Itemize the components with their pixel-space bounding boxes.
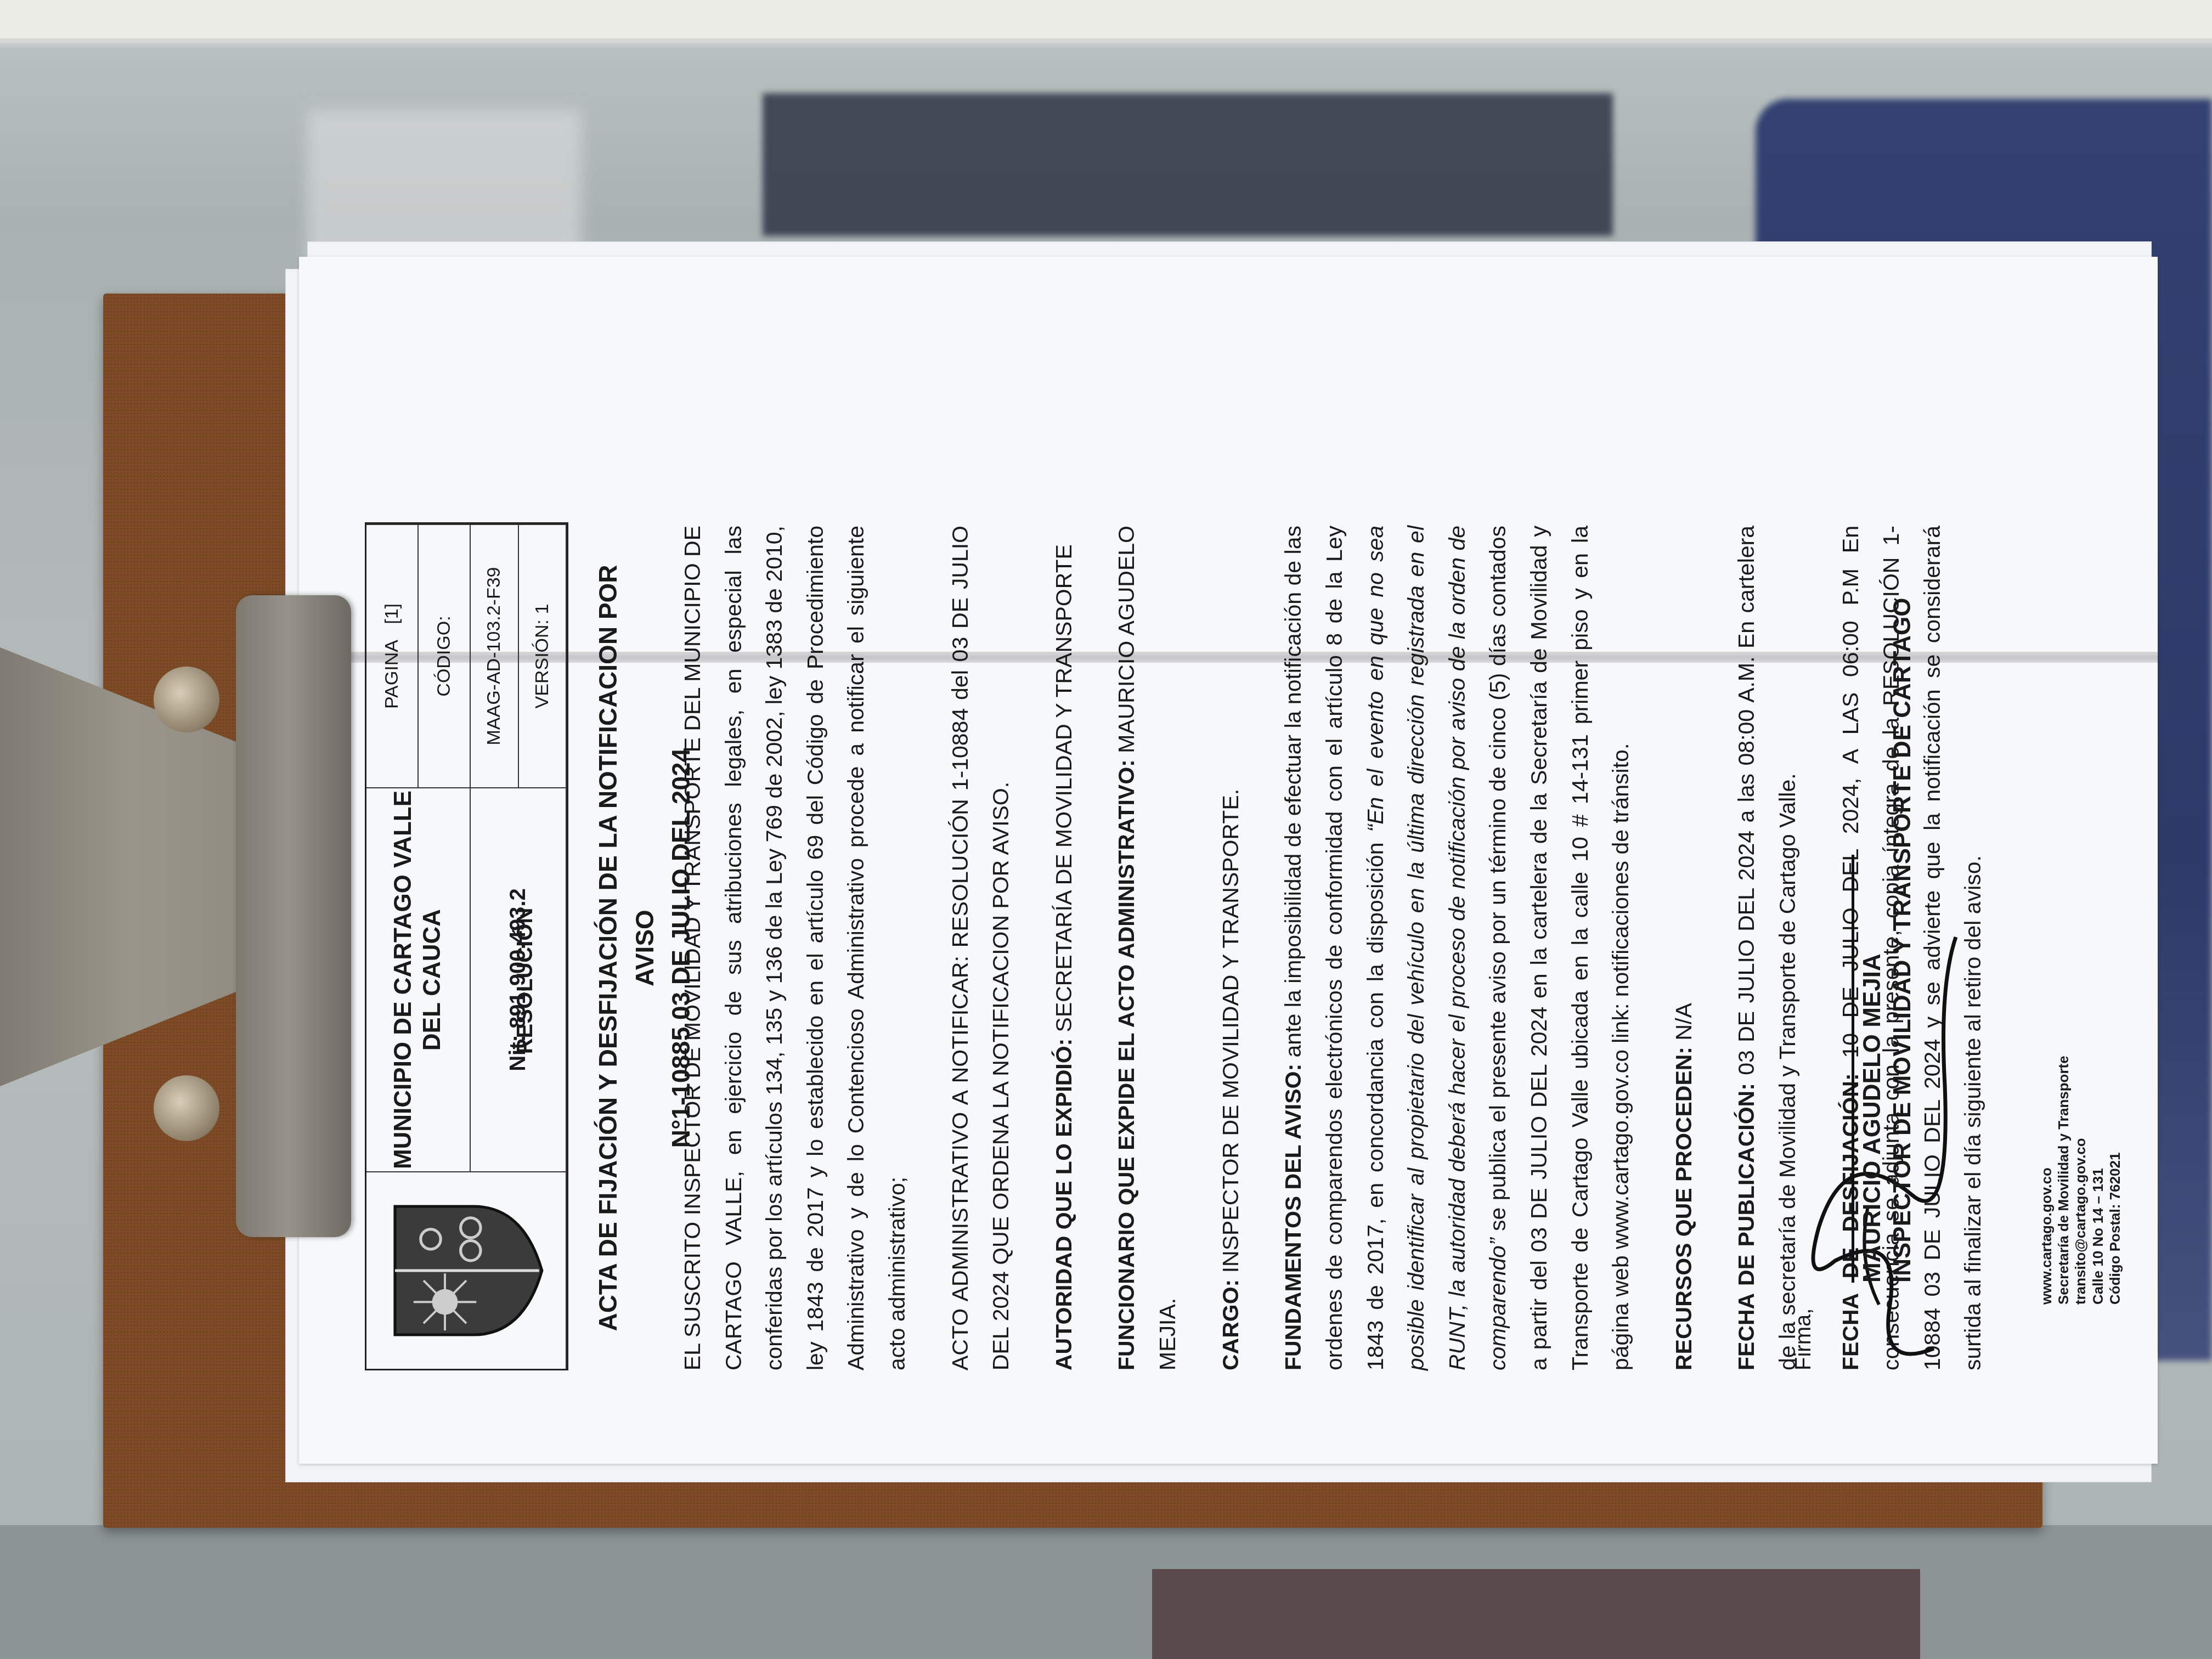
footer-email: transito@cartago.gov.co xyxy=(2072,1056,2089,1305)
footer-address: Calle 10 No 14 – 131 xyxy=(2090,1056,2107,1305)
footer-department: Secretaría de Movilidad y Transporte xyxy=(2055,1056,2072,1305)
recursos-value: N/A xyxy=(1671,1003,1696,1047)
cargo-value: INSPECTOR DE MOVILIDAD Y TRANSPORTE. xyxy=(1218,789,1243,1279)
document-header-table: MUNICIPIO DE CARTAGO VALLE DEL CAUCA PAG… xyxy=(365,522,568,1370)
municipality-name: MUNICIPIO DE CARTAGO VALLE DEL CAUCA xyxy=(389,788,447,1171)
code-value: MAAG-AD-103.2-F39 xyxy=(483,567,505,746)
code-label-cell: CÓDIGO: xyxy=(419,525,470,787)
acto-paragraph: ACTO ADMINISTRATIVO A NOTIFICAR: RESOLUC… xyxy=(940,526,1022,1370)
footer-postal-code: Código Postal: 762021 xyxy=(2107,1056,2124,1305)
page-indicator: PAGINA [1] xyxy=(366,525,419,787)
version-value: VERSIÓN: 1 xyxy=(532,604,553,709)
cargo-paragraph: CARGO: INSPECTOR DE MOVILIDAD Y TRANSPOR… xyxy=(1210,526,1251,1370)
clipboard-clip xyxy=(0,0,1,1)
signature-block: Firma, MAURICIO AGUDELO MEJIA INSPECTOR … xyxy=(1769,526,2000,1370)
funcionario-label: FUNCIONARIO QUE EXPIDE EL ACTO ADMINISTR… xyxy=(1114,759,1139,1370)
code-label: CÓDIGO: xyxy=(433,616,455,696)
recursos-label: RECURSOS QUE PROCEDEN: xyxy=(1671,1047,1696,1370)
glass-frame-top xyxy=(0,0,2212,43)
signature-line xyxy=(1852,855,1854,1283)
code-version-cell: MAAG-AD-103.2-F39 VERSIÓN: 1 xyxy=(471,524,567,787)
clip-rivet-icon xyxy=(154,667,219,732)
signer-info: MAURICIO AGUDELO MEJIA INSPECTOR DE MOVI… xyxy=(1857,598,1917,1283)
cargo-label: CARGO: xyxy=(1218,1279,1243,1370)
page-number: [1] xyxy=(381,603,403,624)
autoridad-paragraph: AUTORIDAD QUE LO EXPIDIÓ: SECRETARÍA DE … xyxy=(1043,526,1085,1370)
fundamentos-label: FUNDAMENTOS DEL AVISO: xyxy=(1280,1064,1306,1370)
code-value-cell: MAAG-AD-103.2-F39 xyxy=(471,525,519,787)
background-object xyxy=(1152,1569,1920,1659)
document-page: MUNICIPIO DE CARTAGO VALLE DEL CAUCA PAG… xyxy=(299,257,2158,1464)
doc-type-cell: RESOLUCIÓN xyxy=(513,789,538,1173)
cartago-coat-of-arms-icon xyxy=(387,1199,546,1342)
publicacion-label: FECHA DE PUBLICACIÓN: xyxy=(1734,1083,1759,1370)
signer-role: INSPECTOR DE MOVILIDAD Y TRANSPORTE DE C… xyxy=(1887,598,1917,1283)
title-line-1: ACTA DE FIJACIÓN Y DESFIJACIÓN DE LA NOT… xyxy=(590,526,663,1370)
fundamentos-paragraph: FUNDAMENTOS DEL AVISO: ante la imposibil… xyxy=(1273,526,1641,1370)
funcionario-paragraph: FUNCIONARIO QUE EXPIDE EL ACTO ADMINISTR… xyxy=(1106,526,1188,1370)
clip-rivet-icon xyxy=(154,1075,219,1141)
autoridad-value: SECRETARÍA DE MOVILIDAD Y TRANSPORTE xyxy=(1051,544,1076,1039)
autoridad-label: AUTORIDAD QUE LO EXPIDIÓ: xyxy=(1051,1039,1076,1370)
clip-lever xyxy=(236,595,351,1237)
logo-cell xyxy=(366,1171,567,1369)
version-cell: VERSIÓN: 1 xyxy=(519,525,566,787)
recursos-paragraph: RECURSOS QUE PROCEDEN: N/A xyxy=(1663,526,1705,1370)
page-cell: PAGINA [1] CÓDIGO: xyxy=(366,524,471,787)
signer-name: MAURICIO AGUDELO MEJIA xyxy=(1857,598,1887,1283)
document-type: RESOLUCIÓN xyxy=(513,908,537,1054)
municipality-cell: MUNICIPIO DE CARTAGO VALLE DEL CAUCA xyxy=(366,787,471,1171)
notice-document: MUNICIPIO DE CARTAGO VALLE DEL CAUCA PAG… xyxy=(299,257,2158,1464)
intro-paragraph: EL SUSCRITO INSPECTOR DE MOVILIDAD Y TRA… xyxy=(672,526,918,1370)
footer-website: www.cartago.gov.co xyxy=(2038,1056,2055,1305)
page-label: PAGINA xyxy=(381,640,403,709)
document-footer: www.cartago.gov.co Secretaría de Movilid… xyxy=(2038,1056,2124,1305)
background-window-reflection xyxy=(763,93,1613,236)
